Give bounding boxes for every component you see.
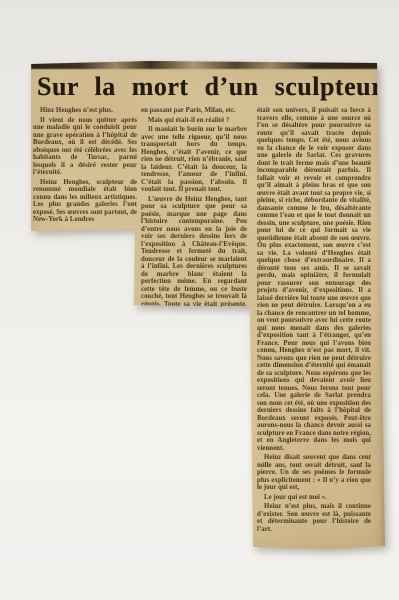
- paragraph: Heinz n’est plus, mais il continue d’exi…: [257, 503, 371, 533]
- paragraph: Il maniait le burin sur le marbre avec u…: [141, 126, 247, 194]
- paragraph: Heinz Henghes, sculpteur de renommé mond…: [33, 179, 137, 224]
- article-title: Sur la mort d’un sculpteur: [37, 72, 381, 102]
- text-column-1: Hinz Henghes n’est plus. Il vient de nou…: [33, 107, 137, 231]
- text-column-3: était son univers, il puisait sa force à…: [257, 107, 371, 549]
- clipping-paper: Sur la mort d’un sculpteur Hinz Henghes …: [29, 60, 387, 550]
- paragraph: en passant par Paris, Milan, etc.: [141, 107, 247, 115]
- torn-top-edge: [31, 60, 383, 69]
- paragraph: Il vient de nous quitter après une malad…: [33, 117, 137, 177]
- paragraph: Mais qui était-il en réalité ?: [141, 117, 247, 125]
- newspaper-clipping: Sur la mort d’un sculpteur Hinz Henghes …: [29, 60, 387, 550]
- text-column-2: en passant par Paris, Milan, etc. Mais q…: [141, 107, 247, 309]
- paragraph: était son univers, il puisait sa force à…: [257, 107, 371, 452]
- scan-background: { "article": { "title": "Sur la mort d’u…: [0, 0, 399, 600]
- paragraph: L’œuvre de Heinz Henghes, tant pour sa s…: [141, 196, 247, 310]
- paragraph: Le jour qui est moi ».: [257, 494, 371, 502]
- paragraph: Heinz disait souvent que dans cent mille…: [257, 454, 371, 492]
- paragraph: Hinz Henghes n’est plus.: [33, 107, 137, 115]
